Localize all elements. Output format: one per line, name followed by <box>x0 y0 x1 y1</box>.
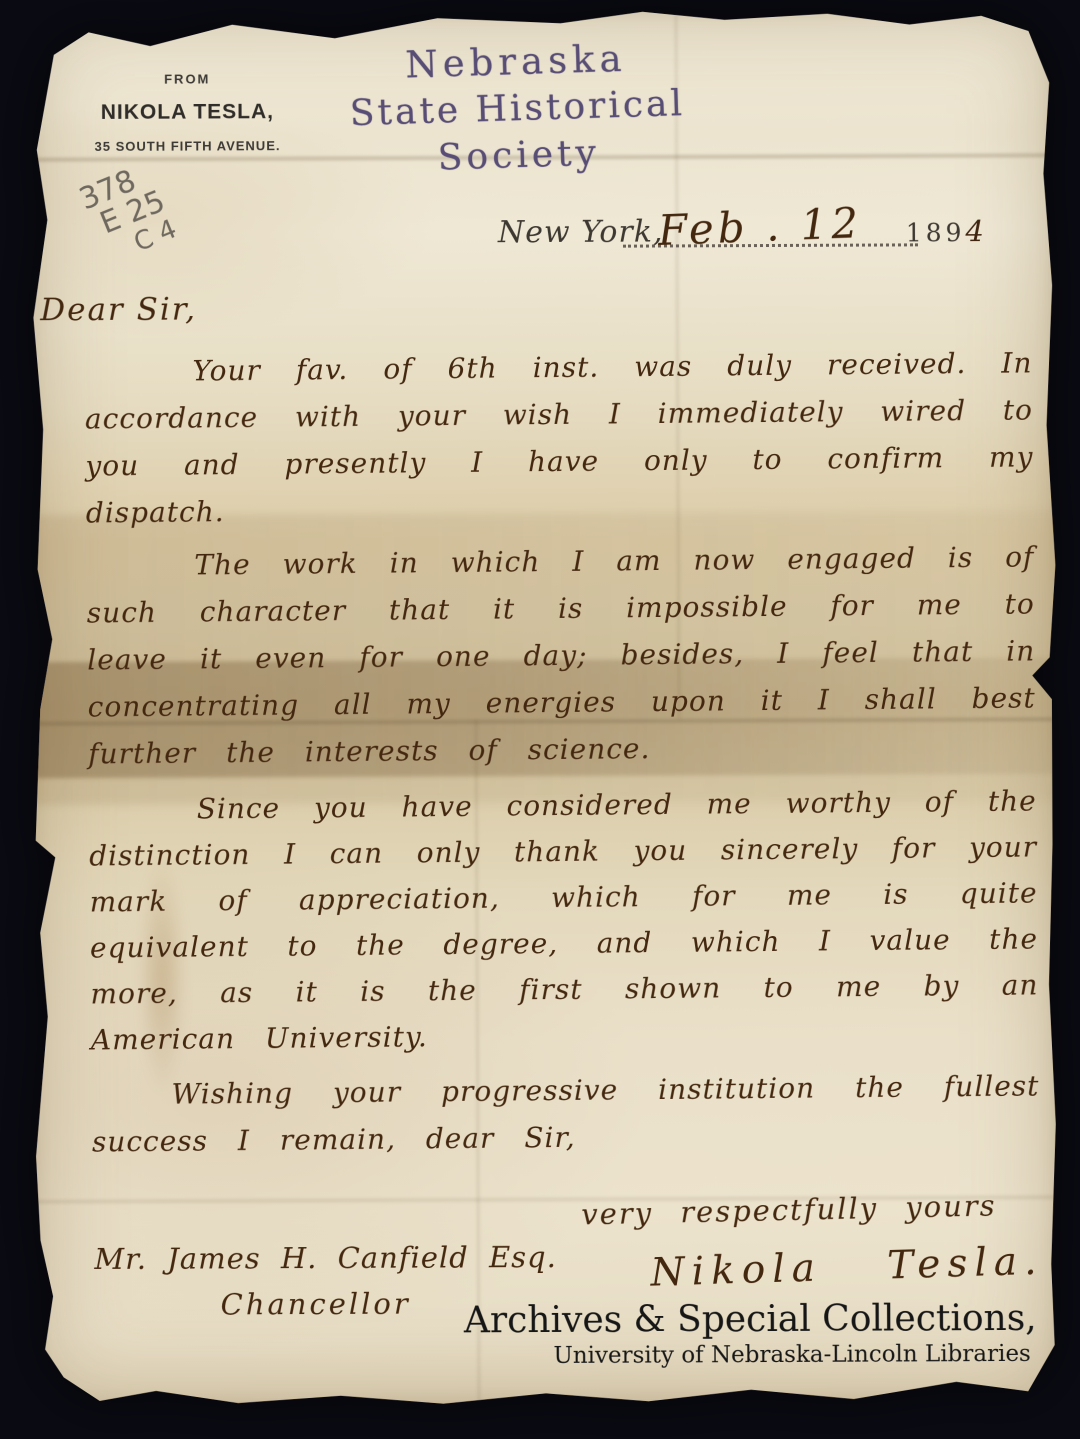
addressee-name: Mr. James H. Canfield Esq. <box>94 1240 557 1276</box>
historical-society-stamp: Nebraska State Historical Society <box>325 34 709 182</box>
paragraph-4: Wishing your progressive institution the… <box>91 1062 1040 1165</box>
dateline: New York, Feb . 12 1894 <box>498 206 1028 254</box>
paper-sheet: FROM NIKOLA TESLA, 35 SOUTH FIFTH AVENUE… <box>27 6 1059 1408</box>
salutation: Dear Sir, <box>40 292 197 329</box>
dateline-year-printed: 189 <box>906 218 966 247</box>
dateline-year-handwritten: 4 <box>965 214 988 248</box>
letter-scan: FROM NIKOLA TESLA, 35 SOUTH FIFTH AVENUE… <box>27 6 1059 1408</box>
archives-watermark: Archives & Special Collections, Universi… <box>464 1298 1037 1369</box>
dateline-handwritten-date: Feb . 12 <box>657 198 863 255</box>
stamp-line3: Society <box>328 129 709 182</box>
dateline-year: 1894 <box>906 214 988 248</box>
closing: very respectfully yours <box>581 1188 997 1231</box>
tesla-signature: Nikola Tesla. <box>650 1239 1044 1296</box>
archives-subtitle: University of Nebraska-Lincoln Libraries <box>464 1341 1031 1369</box>
letterhead-name: NIKOLA TESLA, <box>82 100 292 125</box>
paragraph-1: Your fav. of 6th inst. was duly received… <box>84 339 1034 536</box>
paragraph-2: The work in which I am now engaged is of… <box>86 533 1036 777</box>
paragraph-3: Since you have considered me worthy of t… <box>89 778 1040 1063</box>
letter-body: Your fav. of 6th inst. was duly received… <box>84 339 1040 1165</box>
letterhead-from-label: FROM <box>82 71 292 87</box>
stamp-line1: Nebraska <box>325 34 706 89</box>
addressee-title: Chancellor <box>221 1287 411 1322</box>
archives-title: Archives & Special Collections, <box>464 1298 1037 1341</box>
stamp-line2: State Historical <box>327 82 708 135</box>
pencil-call-number: 378 E 25 C 4 <box>76 159 181 271</box>
letterhead-address: 35 SOUTH FIFTH AVENUE. <box>83 138 293 154</box>
letterhead: FROM NIKOLA TESLA, 35 SOUTH FIFTH AVENUE… <box>82 71 292 154</box>
